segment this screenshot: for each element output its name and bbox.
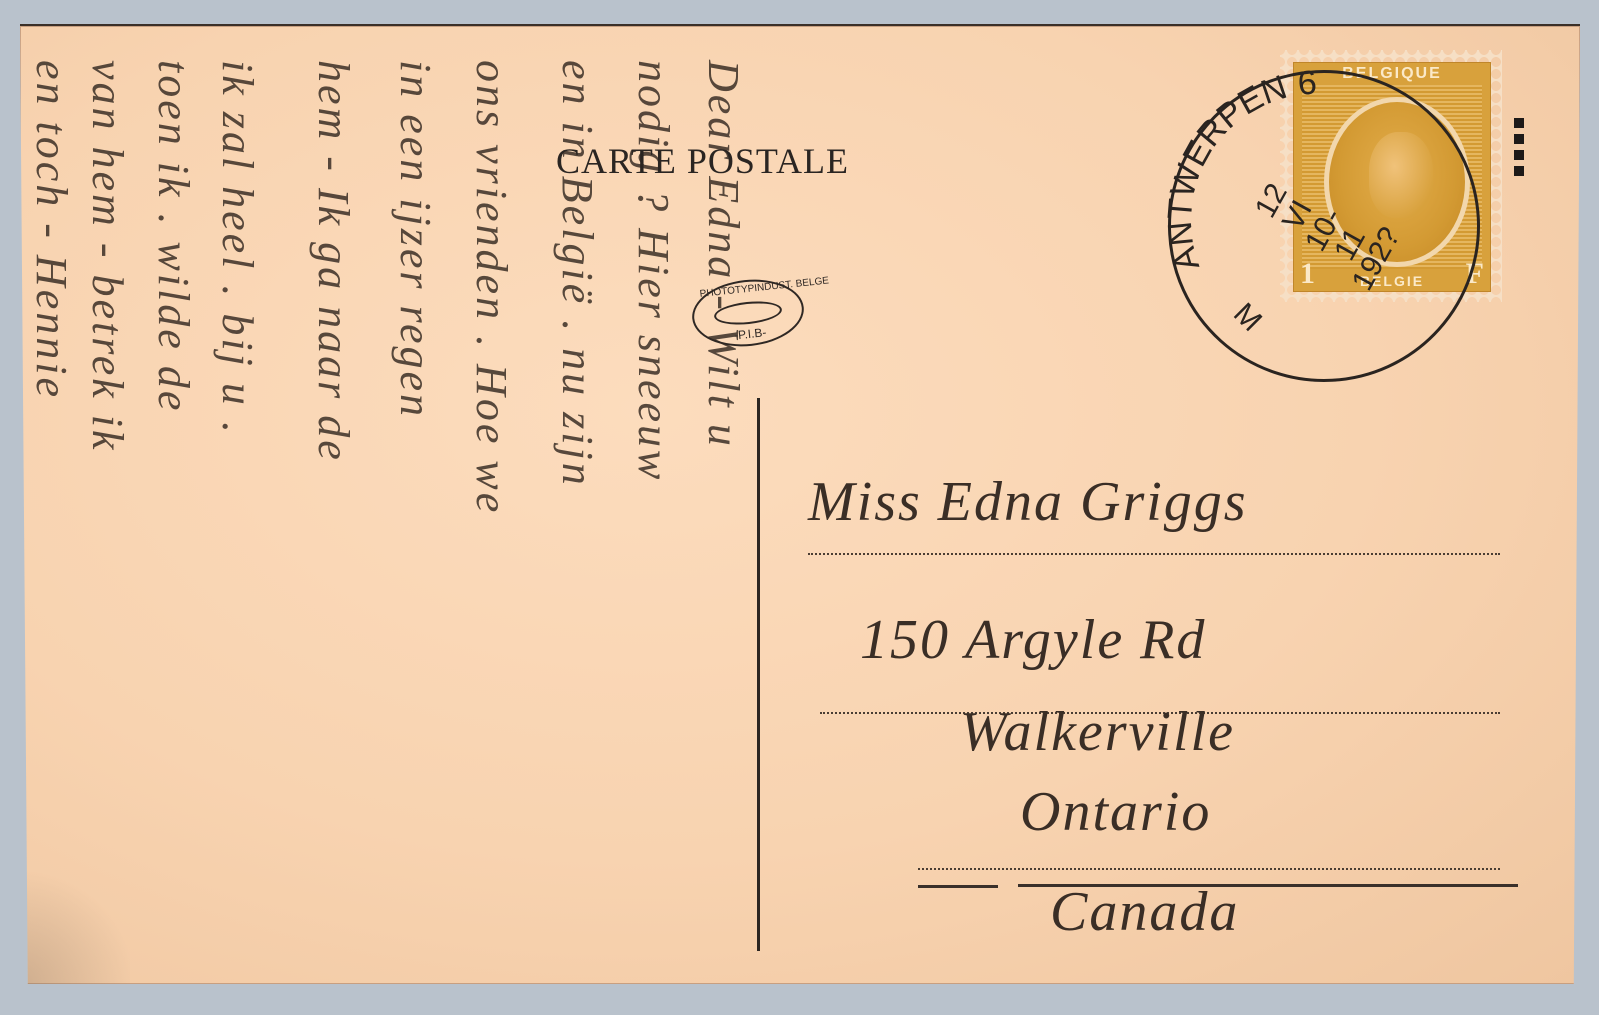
- message-column: van hem - betrek ik: [82, 60, 133, 453]
- address-rule-solid: [918, 885, 998, 888]
- message-column: en toch - Hennie: [26, 60, 77, 400]
- cancellation-bars: [1514, 118, 1524, 178]
- message-column: in een ijzer regen: [390, 60, 441, 419]
- message-column: ik zal heel . bij u .: [212, 60, 263, 436]
- address-line-country: Canada: [1050, 880, 1239, 944]
- address-rule: [918, 868, 1500, 870]
- message-column: Dear Edna - Wilt u: [698, 60, 749, 449]
- center-divider-line: [757, 398, 760, 951]
- carte-postale-heading: CARTE POSTALE: [556, 140, 849, 182]
- postmark-city-bottom: M: [1226, 296, 1269, 339]
- address-rule: [808, 553, 1500, 555]
- message-column: nodig ? Hier sneeuw: [628, 60, 679, 482]
- address-line-city: Walkerville: [960, 700, 1235, 764]
- svg-text:M: M: [1226, 296, 1269, 339]
- printer-mark-inner-oval: [713, 299, 783, 328]
- message-column: toen ik . wilde de: [148, 60, 199, 413]
- message-column: en in België . nu zijn: [552, 60, 603, 488]
- address-line-street: 150 Argyle Rd: [860, 608, 1206, 672]
- postmark-cancellation: ANTWERPEN 6 M 12 VI 10-11 192?: [1160, 62, 1488, 390]
- handwritten-message: Dear Edna - Wilt u nodig ? Hier sneeuw e…: [30, 60, 750, 960]
- message-column: hem - Ik ga naar de: [308, 60, 359, 463]
- message-column: ons vrienden . Hoe we: [466, 60, 517, 515]
- address-line-name: Miss Edna Griggs: [808, 470, 1248, 534]
- address-line-province: Ontario: [1020, 780, 1211, 844]
